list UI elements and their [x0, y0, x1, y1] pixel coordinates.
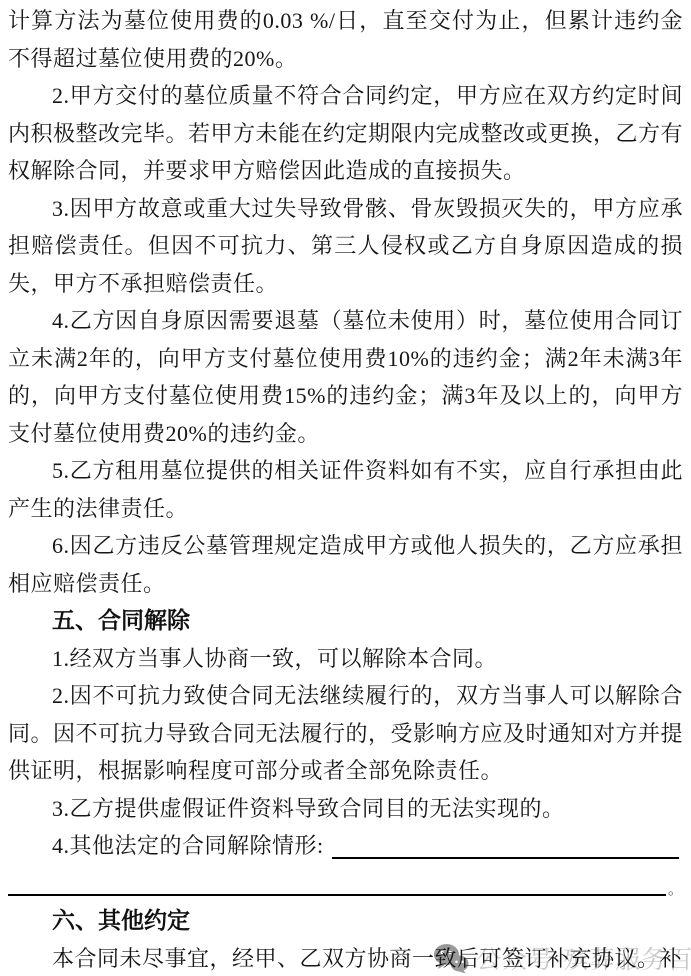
clause-3-damage-liability: 3.因甲方故意或重大过失导致骨骸、骨灰毁损灭失的，甲方应承担赔偿责任。但因不可抗… — [8, 190, 683, 303]
clause-2-quality: 2.甲方交付的墓位质量不符合合同约定，甲方应在双方约定时间内积极整改完毕。若甲方… — [8, 77, 683, 190]
paragraph-penalty-calculation: 计算方法为墓位使用费的0.03 %/日，直至交付为止，但累计违约金不得超过墓位使… — [8, 2, 683, 77]
clause-5-false-documents: 5.乙方租用墓位提供的相关证件资料如有不实，应自行承担由此产生的法律责任。 — [8, 452, 683, 527]
section5-item-3: 3.乙方提供虚假证件资料导致合同目的无法实现的。 — [8, 790, 683, 828]
blank-continuation-line: 。 — [8, 865, 683, 903]
section5-item-1: 1.经双方当事人协商一致，可以解除本合同。 — [8, 640, 683, 678]
clause-4-refund-penalty: 4.乙方因自身原因需要退墓（墓位未使用）时，墓位使用合同订立未满2年的，向甲方支… — [8, 302, 683, 452]
blank-underline — [332, 827, 679, 859]
section-6-heading: 六、其他约定 — [52, 902, 683, 940]
contract-page: 计算方法为墓位使用费的0.03 %/日，直至交付为止，但累计违约金不得超过墓位使… — [0, 0, 691, 976]
section6-body: 本合同未尽事宜，经甲、乙双方协商一致后可签订补充协议。补充 — [8, 940, 683, 976]
clause-6-rule-violation: 6.因乙方违反公墓管理规定造成甲方或他人损失的，乙方应承担相应赔偿责任。 — [8, 527, 683, 602]
section5-item-4-fill-in: 4.其他法定的合同解除情形: — [8, 827, 683, 865]
section5-item-2: 2.因不可抗力致使合同无法继续履行的，双方当事人可以解除合同。因不可抗力导致合同… — [8, 677, 683, 790]
period-suffix: 。 — [668, 883, 683, 898]
fill-in-label: 4.其他法定的合同解除情形: — [8, 827, 324, 865]
blank-underline — [8, 865, 666, 897]
section-5-heading: 五、合同解除 — [52, 602, 683, 640]
